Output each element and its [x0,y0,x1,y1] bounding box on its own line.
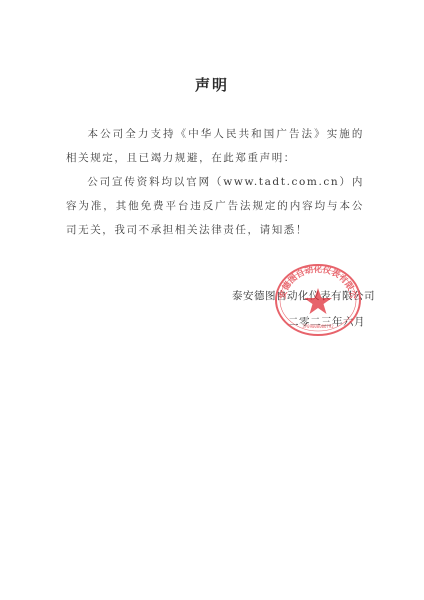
paragraph-1: 本公司全力支持《中华人民共和国广告法》实施的相关规定，且已竭力规避，在此郑重声明… [66,122,364,170]
paragraph-2: 公司宣传资料均以官网（www.tadt.com.cn）内容为准，其他免费平台违反… [66,170,364,242]
paragraph-1-text: 本公司全力支持《中华人民共和国广告法》实施的相关规定，且已竭力规避，在此郑重声明… [66,128,364,164]
stamp-ring-text: 泰安德图自动化仪表有限公司 [273,262,358,301]
paragraph-2-text: 公司宣传资料均以官网（www.tadt.com.cn）内容为准，其他免费平台违反… [66,176,364,236]
document-page: 声明 本公司全力支持《中华人民共和国广告法》实施的相关规定，且已竭力规避，在此郑… [0,0,424,600]
document-title: 声明 [0,74,424,95]
svg-text:泰安德图自动化仪表有限公司: 泰安德图自动化仪表有限公司 [273,262,358,301]
svg-text:3709000006792: 3709000006792 [302,324,334,329]
company-seal-icon: 泰安德图自动化仪表有限公司 3709000006792 [273,262,363,338]
